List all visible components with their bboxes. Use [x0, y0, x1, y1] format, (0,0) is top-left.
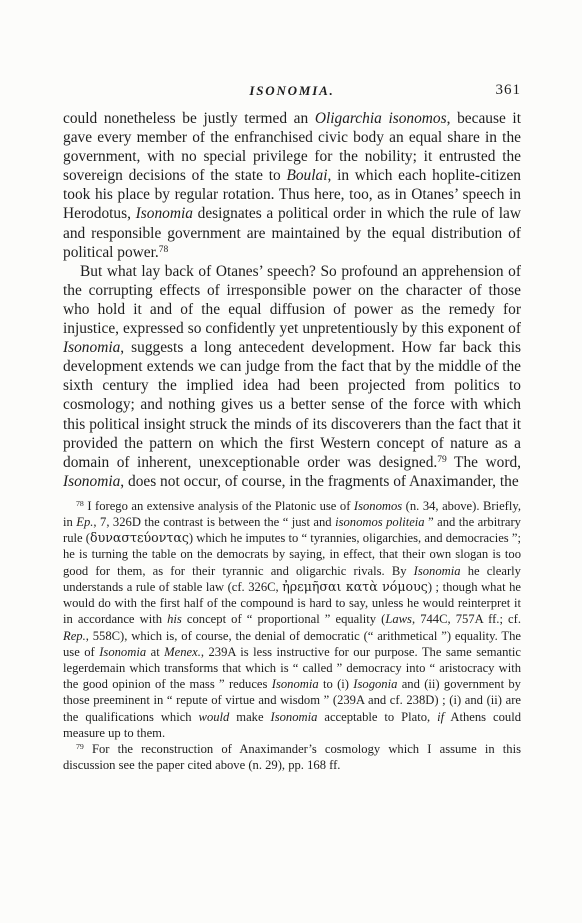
text-segment: Boulai	[286, 167, 327, 184]
text-segment: For the reconstruction of Anaximander’s …	[63, 742, 521, 772]
text-segment: Menex.	[164, 645, 201, 659]
text-segment: Isonomia	[271, 710, 318, 724]
text-segment: Isonomia	[63, 339, 120, 356]
text-segment: Isonomia	[63, 473, 120, 490]
text-segment: Isogonia	[353, 677, 397, 691]
text-segment: , does not occur, of course, in the frag…	[120, 473, 518, 490]
footnote-marker: 79	[76, 742, 84, 751]
text-segment: , 744C, 757A ff.; cf.	[412, 612, 521, 626]
text-segment: acceptable to Plato,	[317, 710, 437, 724]
text-segment: his	[167, 612, 182, 626]
page-header: ISONOMIA. 361	[63, 82, 521, 102]
text-segment: would	[199, 710, 230, 724]
text-segment: Isonomos	[354, 499, 402, 513]
text-segment: But what lay back of Otanes’ speech? So …	[63, 263, 521, 337]
text-segment: Rep.	[63, 629, 86, 643]
text-segment: , suggests a long antecedent development…	[63, 339, 521, 471]
text-segment: Isonomia	[136, 205, 193, 222]
footnote-marker: 78	[76, 499, 84, 508]
text-segment: ἠρεμῆσαι κατὰ νόμους	[282, 579, 428, 594]
main-text: could nonetheless be justly termed an Ol…	[63, 109, 521, 491]
running-title: ISONOMIA.	[249, 83, 334, 99]
footnote: 78 I forego an extensive analysis of the…	[63, 498, 521, 741]
footnote-reference: 79	[437, 454, 447, 465]
page-number: 361	[496, 82, 522, 99]
text-block: ISONOMIA. 361 could nonetheless be justl…	[63, 82, 521, 773]
paragraph: But what lay back of Otanes’ speech? So …	[63, 262, 521, 491]
text-segment: could nonetheless be justly termed an	[63, 110, 315, 127]
text-segment: Isonomia	[272, 677, 319, 691]
text-segment: Laws	[385, 612, 412, 626]
footnote: 79 For the reconstruction of Anaximander…	[63, 741, 521, 773]
text-segment: Oligarchia isonomos	[315, 110, 447, 127]
text-segment: δυναστεύοντας	[90, 530, 189, 545]
text-segment: to (i)	[319, 677, 354, 691]
text-segment: , 7, 326D the contrast is between the “ …	[93, 515, 335, 529]
footnotes: 78 I forego an extensive analysis of the…	[63, 498, 521, 773]
text-segment: Isonomia	[414, 564, 461, 578]
footnote-reference: 78	[159, 244, 169, 255]
text-segment: I forego an extensive analysis of the Pl…	[87, 499, 354, 513]
text-segment: isonomos politeia	[335, 515, 425, 529]
paragraph: could nonetheless be justly termed an Ol…	[63, 109, 521, 262]
text-segment: at	[146, 645, 164, 659]
text-segment: make	[229, 710, 270, 724]
text-segment: concept of “ proportional ” equality (	[182, 612, 386, 626]
text-segment: Isonomia	[99, 645, 146, 659]
text-segment: The word,	[447, 454, 521, 471]
text-segment: Ep.	[76, 515, 93, 529]
book-page: ISONOMIA. 361 could nonetheless be justl…	[0, 0, 582, 923]
